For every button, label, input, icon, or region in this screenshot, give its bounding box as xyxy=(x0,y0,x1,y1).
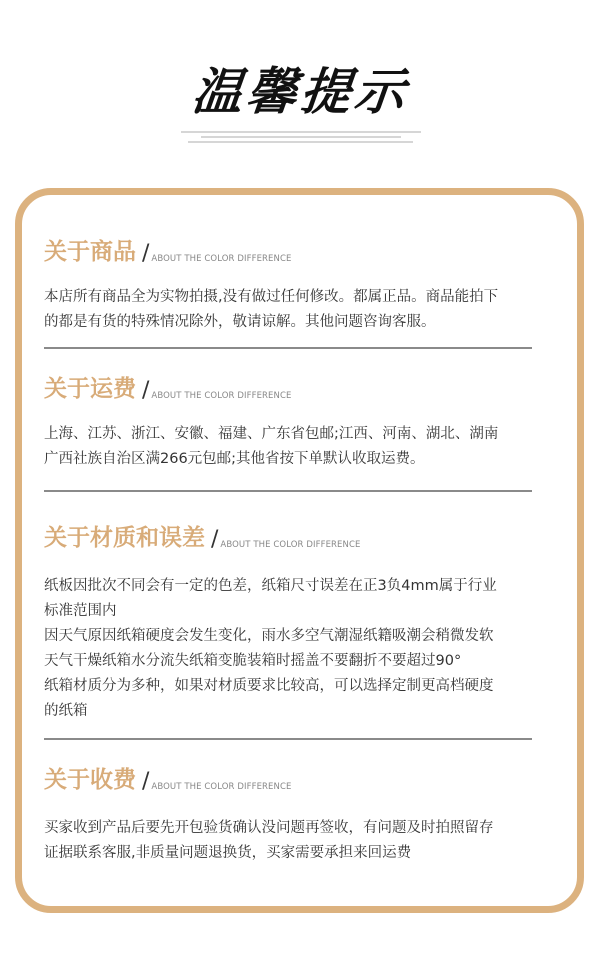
decorative-line xyxy=(201,136,401,138)
slash-separator: / xyxy=(211,528,218,552)
body-line: 天气干燥纸箱水分流失纸箱变脆装箱时摇盖不要翻折不要超过90° xyxy=(44,649,532,674)
decorative-line xyxy=(188,141,413,143)
section-subtitle: ABOUT THE COLOR DIFFERENCE xyxy=(220,540,360,550)
slash-separator: / xyxy=(142,379,149,403)
body-line: 上海、江苏、浙江、安徽、福建、广东省包邮;江西、河南、湖北、湖南 xyxy=(44,422,532,447)
divider xyxy=(44,347,532,349)
section-product: 关于商品 / ABOUT THE COLOR DIFFERENCE 本店所有商品… xyxy=(44,234,532,335)
section-subtitle: ABOUT THE COLOR DIFFERENCE xyxy=(151,254,291,264)
divider xyxy=(44,490,532,492)
section-subtitle: ABOUT THE COLOR DIFFERENCE xyxy=(151,782,291,792)
divider xyxy=(44,738,532,740)
body-line: 标准范围内 xyxy=(44,599,532,624)
section-header: 关于收费 / ABOUT THE COLOR DIFFERENCE xyxy=(44,762,532,794)
body-line: 买家收到产品后要先开包验货确认没问题再签收，有问题及时拍照留存 xyxy=(44,816,532,841)
section-fees: 关于收费 / ABOUT THE COLOR DIFFERENCE 买家收到产品… xyxy=(44,762,532,866)
section-header: 关于商品 / ABOUT THE COLOR DIFFERENCE xyxy=(44,234,532,266)
body-line: 纸箱材质分为多种，如果对材质要求比较高，可以选择定制更高档硬度 xyxy=(44,674,532,699)
section-body: 上海、江苏、浙江、安徽、福建、广东省包邮;江西、河南、湖北、湖南 广西社族自治区… xyxy=(44,422,532,472)
body-line: 纸板因批次不同会有一定的色差，纸箱尺寸误差在正3负4mm属于行业 xyxy=(44,574,532,599)
section-title: 关于商品 xyxy=(44,238,136,266)
body-line: 的都是有货的特殊情况除外，敬请谅解。其他问题咨询客服。 xyxy=(44,310,532,335)
section-subtitle: ABOUT THE COLOR DIFFERENCE xyxy=(151,391,291,401)
section-header: 关于材质和误差 / ABOUT THE COLOR DIFFERENCE xyxy=(44,520,532,552)
body-line: 证据联系客服,非质量问题退换货，买家需要承担来回运费 xyxy=(44,841,532,866)
decorative-subtitle xyxy=(178,131,423,146)
slash-separator: / xyxy=(142,770,149,794)
section-body: 买家收到产品后要先开包验货确认没问题再签收，有问题及时拍照留存 证据联系客服,非… xyxy=(44,816,532,866)
section-material: 关于材质和误差 / ABOUT THE COLOR DIFFERENCE 纸板因… xyxy=(44,520,532,724)
section-title: 关于收费 xyxy=(44,766,136,794)
body-line: 因天气原因纸箱硬度会发生变化，雨水多空气潮湿纸籍吸潮会稍微发软 xyxy=(44,624,532,649)
section-body: 纸板因批次不同会有一定的色差，纸箱尺寸误差在正3负4mm属于行业 标准范围内 因… xyxy=(44,574,532,724)
body-line: 本店所有商品全为实物拍摄,没有做过任何修改。都属正品。商品能拍下 xyxy=(44,285,532,310)
decorative-line xyxy=(181,131,421,133)
section-title: 关于材质和误差 xyxy=(44,524,205,552)
section-title: 关于运费 xyxy=(44,375,136,403)
section-body: 本店所有商品全为实物拍摄,没有做过任何修改。都属正品。商品能拍下 的都是有货的特… xyxy=(44,285,532,335)
body-line: 广西社族自治区满266元包邮;其他省按下单默认收取运费。 xyxy=(44,447,532,472)
page-title: 温馨提示 xyxy=(0,62,601,122)
section-shipping: 关于运费 / ABOUT THE COLOR DIFFERENCE 上海、江苏、… xyxy=(44,371,532,472)
slash-separator: / xyxy=(142,242,149,266)
section-header: 关于运费 / ABOUT THE COLOR DIFFERENCE xyxy=(44,371,532,403)
body-line: 的纸箱 xyxy=(44,699,532,724)
